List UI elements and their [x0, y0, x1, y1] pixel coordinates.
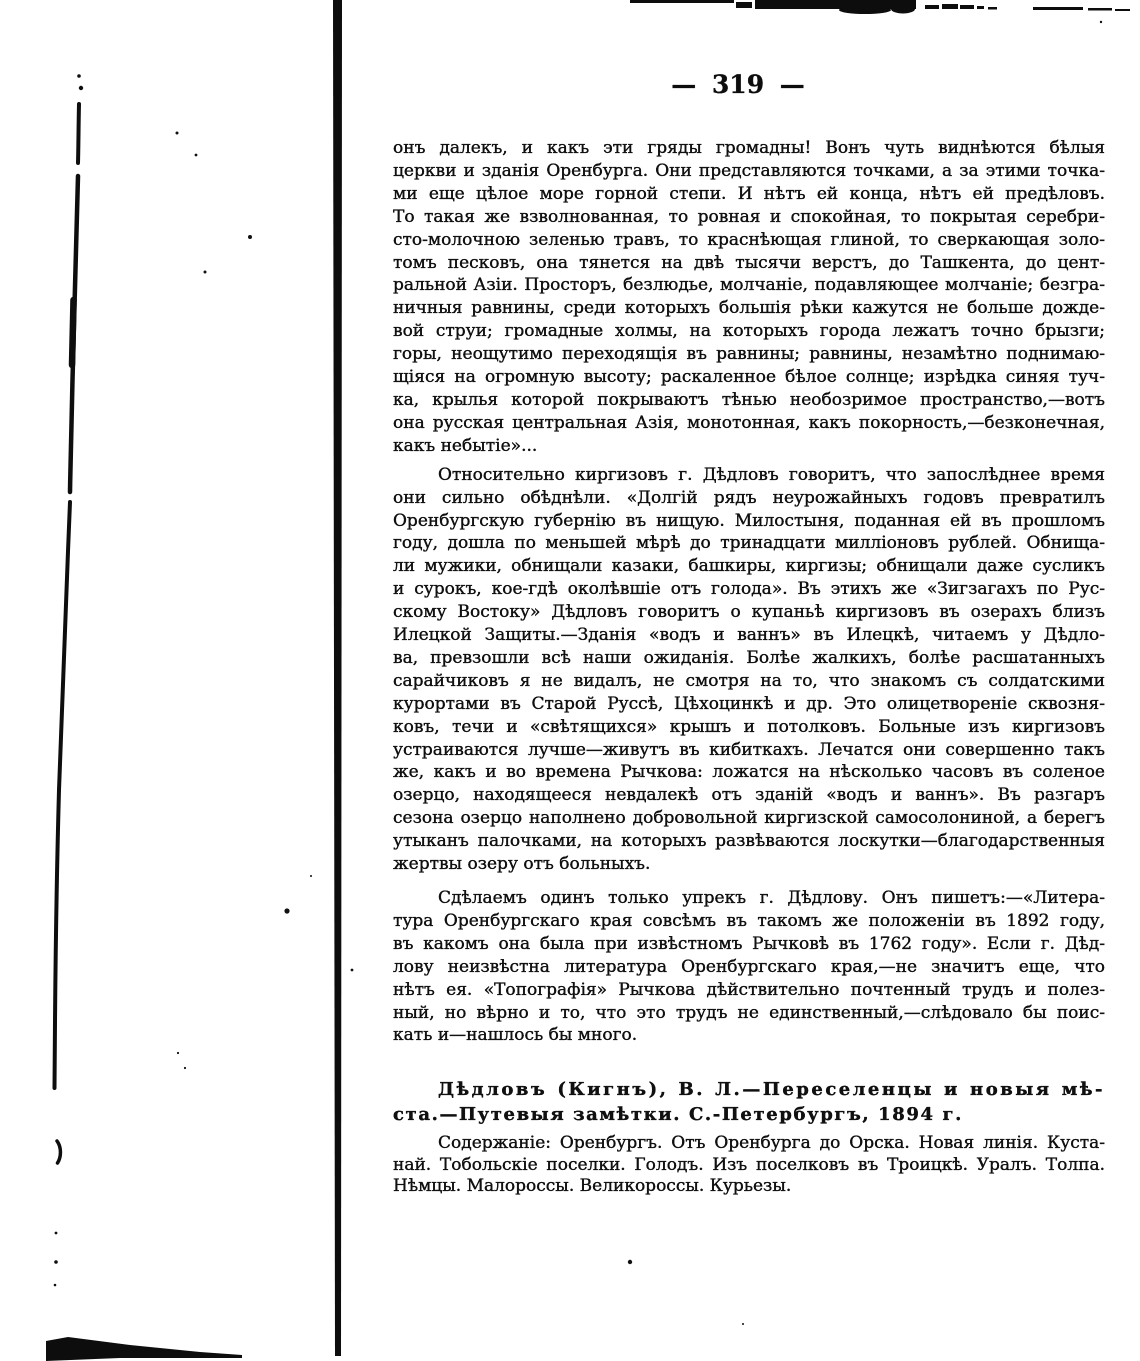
text-line: Нѣмцы. Малороссы. Великороссы. Курьезы. — [393, 1176, 1105, 1198]
scan-bottom-edge-artifact — [46, 1337, 242, 1361]
text-line: ка, крылья которой покрываютъ тѣнью необ… — [393, 389, 1105, 412]
text-line: и сурокъ, кое-гдѣ околѣвшіе отъ голода».… — [393, 578, 1105, 601]
text-line: скому Востоку» Дѣдловъ говоритъ о купань… — [393, 601, 1105, 624]
text-line: нѣтъ ея. «Топографія» Рычкова дѣйствител… — [393, 979, 1105, 1002]
text-line: щіяся на огромную высоту; раскаленное бѣ… — [393, 366, 1105, 389]
text-line: лову неизвѣстна литература Оренбургскаго… — [393, 956, 1105, 979]
text-line: Содержаніе: Оренбургъ. Отъ Оренбурга до … — [393, 1133, 1105, 1155]
text-line: они сильно обѣднѣли. «Долгій рядъ неурож… — [393, 487, 1105, 510]
paragraph-continuation: онъ далекъ, и какъ эти гряды громадны! В… — [393, 137, 1105, 458]
text-line: ничныя равнины, среди которыхъ большія р… — [393, 297, 1105, 320]
text-line: Оренбургскую губернію въ нищую. Милостын… — [393, 510, 1105, 533]
bibliography-entry: Дѣдловъ (Кигнъ), В. Л.—Переселенцы и нов… — [393, 1077, 1105, 1127]
text-line: ральной Азіи. Просторъ, безлюдье, молчан… — [393, 274, 1105, 297]
page-number-header: — 319 — — [383, 70, 1093, 99]
text-line: курортами въ Старой Руссѣ, Цѣхоцинкѣ и д… — [393, 693, 1105, 716]
text-line: То такая же взволнованная, то ровная и с… — [393, 206, 1105, 229]
text-line: сезона озерцо наполнено добровольной кир… — [393, 807, 1105, 830]
text-line: тура Оренбургскаго края совсѣмъ въ таком… — [393, 910, 1105, 933]
text-line: озерцо, находящееся невдалекѣ отъ зданій… — [393, 784, 1105, 807]
text-line: церкви и зданія Оренбурга. Они представл… — [393, 160, 1105, 183]
text-line: вой струи; громадные холмы, на которыхъ … — [393, 320, 1105, 343]
text-line: горы, неощутимо переходящія въ равнины; … — [393, 343, 1105, 366]
scan-left-edge-line — [54, 74, 84, 1286]
text-line: кать и—нашлось бы много. — [393, 1024, 1105, 1047]
paragraph-reproach: Сдѣлаемъ одинъ только упрекъ г. Дѣдлову.… — [393, 887, 1105, 1047]
paragraph-kirghiz: Относительно киргизовъ г. Дѣдловъ говори… — [393, 464, 1105, 876]
text-line: въ какомъ она была при извѣстномъ Рычков… — [393, 933, 1105, 956]
text-line: ли мужики, обнищали казаки, башкиры, кир… — [393, 555, 1105, 578]
text-line: ва, превзошли всѣ наши ожиданія. Болѣе ж… — [393, 647, 1105, 670]
text-line: ный, но вѣрно и то, что это трудъ не еди… — [393, 1002, 1105, 1025]
text-line: утыканъ палочками, на которыхъ развѣвают… — [393, 830, 1105, 853]
text-line: какъ небытіе»... — [393, 435, 1105, 458]
scan-top-edge-artifact — [630, 0, 1130, 14]
text-line: она русская центральная Азія, монотонная… — [393, 412, 1105, 435]
scan-gutter-line — [333, 0, 342, 1356]
text-line: Сдѣлаемъ одинъ только упрекъ г. Дѣдлову.… — [393, 887, 1105, 910]
text-line: году, дошла по меньшей мѣрѣ до тринадцат… — [393, 532, 1105, 555]
text-line: ста.—Путевыя замѣтки. С.-Петербургъ, 189… — [393, 1102, 1105, 1127]
text-line: онъ далекъ, и какъ эти гряды громадны! В… — [393, 137, 1105, 160]
text-line: же, какъ и во времена Рычкова: ложатся н… — [393, 761, 1105, 784]
text-column: онъ далекъ, и какъ эти гряды громадны! В… — [393, 137, 1105, 1198]
text-line: ковъ, течи и «свѣтящихся» крышъ и потолк… — [393, 716, 1105, 739]
text-line: най. Тобольскіе поселки. Голодъ. Изъ пос… — [393, 1155, 1105, 1177]
text-line: жертвы озеру отъ больныхъ. — [393, 853, 1105, 876]
text-line: устраиваются лучше—живутъ въ кибиткахъ. … — [393, 739, 1105, 762]
text-line: ми еще цѣлое море горной степи. И нѣтъ е… — [393, 183, 1105, 206]
text-line: Илецкой Защиты.—Зданія «водъ и ваннъ» въ… — [393, 624, 1105, 647]
text-line: Относительно киргизовъ г. Дѣдловъ говори… — [393, 464, 1105, 487]
text-line: сарайчиковъ я не видалъ, не смотря на то… — [393, 670, 1105, 693]
contents-note: Содержаніе: Оренбургъ. Отъ Оренбурга до … — [393, 1133, 1105, 1198]
scanned-book-page: — 319 — онъ далекъ, и какъ эти гряды гро… — [0, 0, 1140, 1361]
text-line: томъ песковъ, она тянется на двѣ тысячи … — [393, 252, 1105, 275]
text-line: сто-молочною зеленью травъ, то краснѣюща… — [393, 229, 1105, 252]
text-line: Дѣдловъ (Кигнъ), В. Л.—Переселенцы и нов… — [393, 1077, 1105, 1102]
